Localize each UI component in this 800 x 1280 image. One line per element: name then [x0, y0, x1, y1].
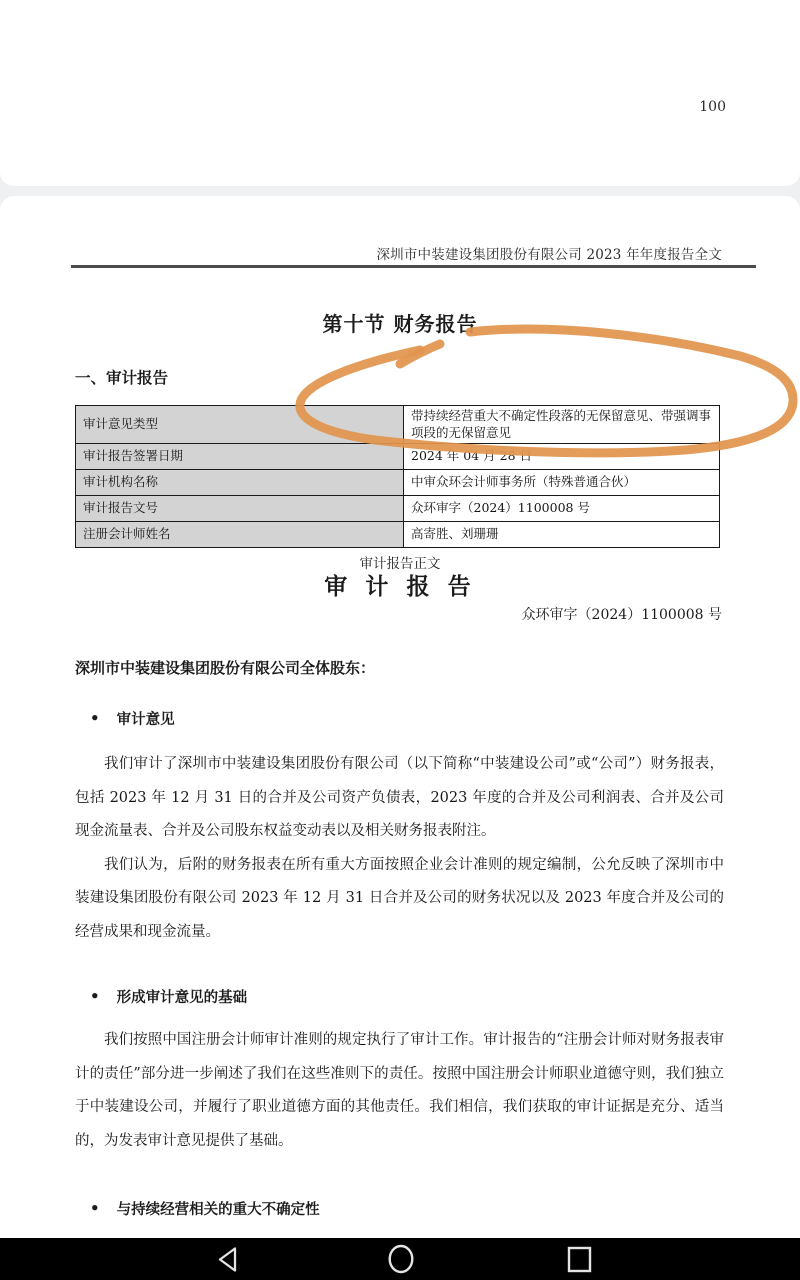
section-title: 第十节 财务报告 — [0, 308, 800, 337]
basis-for-opinion-paragraphs: 我们按照中国注册会计师审计准则的规定执行了审计工作。审计报告的“注册会计师对财务… — [75, 1024, 724, 1158]
subsection-title: 一、审计报告 — [75, 366, 168, 388]
android-screen: { "viewer": { "prev_page_number": "100" … — [0, 0, 800, 1280]
audit-opinion-paragraphs: 我们审计了深圳市中装建设集团股份有限公司（以下简称“中装建设公司”或“公司”）财… — [75, 748, 724, 950]
row-label: 审计机构名称 — [76, 470, 404, 496]
section-heading-going-concern-uncertainty: • 与持续经营相关的重大不确定性 — [90, 1198, 320, 1219]
table-row: 审计意见类型 带持续经营重大不确定性段落的无保留意见、带强调事项段的无保留意见 — [76, 406, 720, 444]
page-number: 100 — [699, 99, 726, 115]
paragraph: 我们按照中国注册会计师审计准则的规定执行了审计工作。审计报告的“注册会计师对财务… — [75, 1024, 724, 1158]
header-rule — [71, 265, 756, 268]
bullet-icon: • — [90, 711, 100, 726]
salutation: 深圳市中装建设集团股份有限公司全体股东： — [75, 657, 375, 678]
row-value: 中审众环会计师事务所（特殊普通合伙） — [404, 470, 720, 496]
row-label: 审计报告文号 — [76, 496, 404, 522]
home-button[interactable] — [371, 1238, 431, 1280]
row-value: 众环审字（2024）1100008 号 — [404, 496, 720, 522]
bullet-icon: • — [90, 989, 100, 1004]
row-value: 2024 年 04 月 28 日 — [404, 444, 720, 470]
row-label: 审计意见类型 — [76, 406, 404, 444]
pdf-page-current[interactable]: 深圳市中装建设集团股份有限公司 2023 年年度报告全文 第十节 财务报告 一、… — [0, 196, 800, 1280]
report-reference-number: 众环审字（2024）1100008 号 — [522, 604, 722, 624]
android-nav-bar — [0, 1238, 800, 1280]
recents-button[interactable] — [549, 1238, 609, 1280]
bullet-icon: • — [90, 1201, 100, 1216]
back-icon — [217, 1246, 238, 1273]
section-heading-basis-for-opinion: • 形成审计意见的基础 — [90, 986, 247, 1007]
row-value: 高寄胜、刘珊珊 — [404, 522, 720, 548]
recents-icon — [567, 1246, 592, 1273]
row-value: 带持续经营重大不确定性段落的无保留意见、带强调事项段的无保留意见 — [404, 406, 720, 444]
pdf-page-previous[interactable]: 100 — [0, 0, 800, 186]
section-heading-audit-opinion: • 审计意见 — [90, 708, 175, 729]
audit-summary-table: 审计意见类型 带持续经营重大不确定性段落的无保留意见、带强调事项段的无保留意见 … — [75, 405, 720, 548]
table-row: 审计报告签署日期 2024 年 04 月 28 日 — [76, 444, 720, 470]
row-label: 注册会计师姓名 — [76, 522, 404, 548]
table-row: 审计报告文号 众环审字（2024）1100008 号 — [76, 496, 720, 522]
report-title: 审 计 报 告 — [0, 568, 800, 601]
document-header: 深圳市中装建设集团股份有限公司 2023 年年度报告全文 — [376, 243, 722, 263]
table-row: 注册会计师姓名 高寄胜、刘珊珊 — [76, 522, 720, 548]
back-button[interactable] — [197, 1238, 257, 1280]
table-row: 审计机构名称 中审众环会计师事务所（特殊普通合伙） — [76, 470, 720, 496]
row-label: 审计报告签署日期 — [76, 444, 404, 470]
paragraph: 我们认为，后附的财务报表在所有重大方面按照企业会计准则的规定编制，公允反映了深圳… — [75, 849, 724, 950]
home-icon — [387, 1244, 415, 1274]
paragraph: 我们审计了深圳市中装建设集团股份有限公司（以下简称“中装建设公司”或“公司”）财… — [75, 748, 724, 849]
